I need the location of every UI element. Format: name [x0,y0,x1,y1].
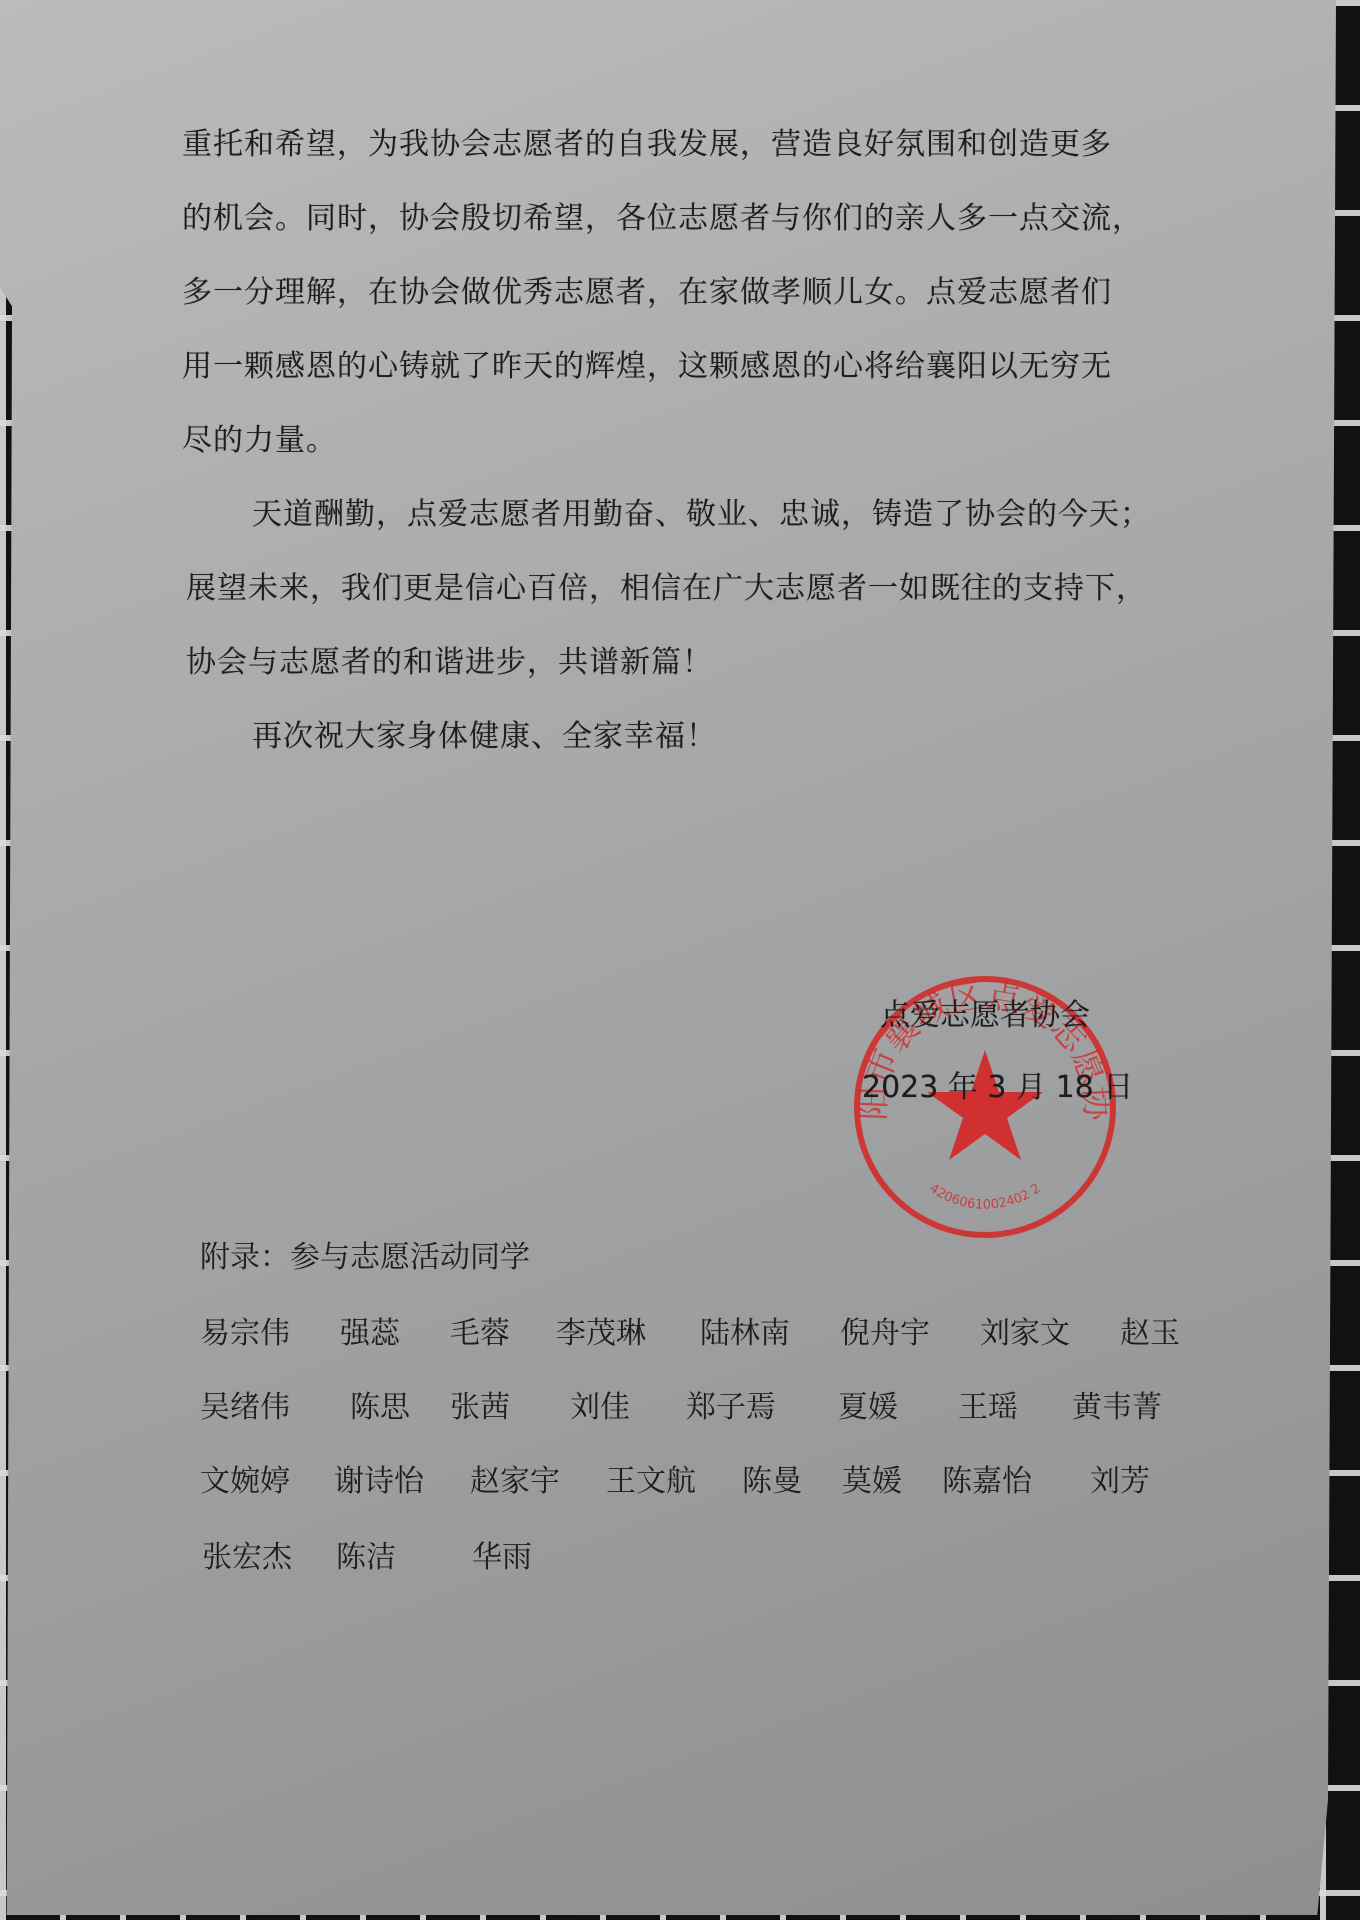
participant-name: 王瑶 [958,1382,1018,1426]
participant-name: 张茜 [450,1382,510,1426]
signature-organization: 点爱志愿者协会 [880,990,1090,1034]
signature-date: 2023 年 3 月 18 日 [862,1062,1133,1106]
paragraph-1: 重托和希望，为我协会志愿者的自我发展，营造良好氛围和创造更多 的机会。同时，协会… [182,108,1172,478]
text-line: 再次祝大家身体健康、全家幸福！ [186,700,1176,774]
participant-name: 黄韦菁 [1072,1382,1162,1426]
participant-name: 谢诗怡 [334,1456,424,1500]
text-line: 重托和希望，为我协会志愿者的自我发展，营造良好氛围和创造更多 [182,108,1172,182]
participant-name: 刘佳 [570,1382,630,1426]
participant-name: 毛蓉 [450,1308,510,1352]
text-line: 多一分理解，在协会做优秀志愿者，在家做孝顺儿女。点爱志愿者们 [182,256,1172,330]
names-row-1: 易宗伟 强蕊 毛蓉 李茂琳 陆林南 倪舟宇 刘家文 赵玉 [200,1308,1200,1348]
participant-name: 华雨 [472,1532,532,1576]
participant-name: 刘芳 [1090,1456,1150,1500]
text-line: 的机会。同时，协会殷切希望，各位志愿者与你们的亲人多一点交流， [182,182,1172,256]
names-row-2: 吴绪伟 陈思 张茜 刘佳 郑子焉 夏媛 王瑶 黄韦菁 [200,1382,1200,1422]
participant-name: 吴绪伟 [200,1382,290,1426]
participant-name: 易宗伟 [200,1308,290,1352]
paragraph-3: 再次祝大家身体健康、全家幸福！ [186,700,1176,774]
participant-name: 倪舟宇 [840,1308,930,1352]
participant-name: 陈思 [350,1382,410,1426]
participant-name: 强蕊 [340,1308,400,1352]
participant-name: 陆林南 [700,1308,790,1352]
text-line: 天道酬勤，点爱志愿者用勤奋、敬业、忠诚，铸造了协会的今天； [186,478,1176,552]
text-line: 尽的力量。 [182,404,1172,478]
participant-name: 莫媛 [842,1456,902,1500]
names-row-3: 文婉婷 谢诗怡 赵家宇 王文航 陈曼 莫媛 陈嘉怡 刘芳 [200,1456,1200,1496]
participant-name: 郑子焉 [686,1382,776,1426]
text-line: 用一颗感恩的心铸就了昨天的辉煌，这颗感恩的心将给襄阳以无穷无 [182,330,1172,404]
participant-name: 文婉婷 [200,1456,290,1500]
names-row-4: 张宏杰 陈洁 华雨 [200,1532,1200,1572]
letter-paper: 重托和希望，为我协会志愿者的自我发展，营造良好氛围和创造更多 的机会。同时，协会… [0,0,1336,1915]
text-line: 协会与志愿者的和谐进步，共谱新篇！ [186,626,1176,700]
participant-name: 夏媛 [838,1382,898,1426]
paragraph-2: 天道酬勤，点爱志愿者用勤奋、敬业、忠诚，铸造了协会的今天； 展望未来，我们更是信… [186,478,1176,700]
participant-name: 李茂琳 [556,1308,646,1352]
stamp-number: 4206061002402 2 [926,1181,1043,1213]
participant-name: 赵玉 [1120,1308,1180,1352]
participant-name: 张宏杰 [202,1532,292,1576]
appendix-title: 附录：参与志愿活动同学 [200,1232,530,1276]
text-line: 展望未来，我们更是信心百倍，相信在广大志愿者一如既往的支持下， [186,552,1176,626]
participant-name: 刘家文 [980,1308,1070,1352]
participant-name: 赵家宇 [470,1456,560,1500]
participant-name: 王文航 [606,1456,696,1500]
participant-name: 陈嘉怡 [942,1456,1032,1500]
participant-name: 陈曼 [742,1456,802,1500]
participant-name: 陈洁 [336,1532,396,1576]
